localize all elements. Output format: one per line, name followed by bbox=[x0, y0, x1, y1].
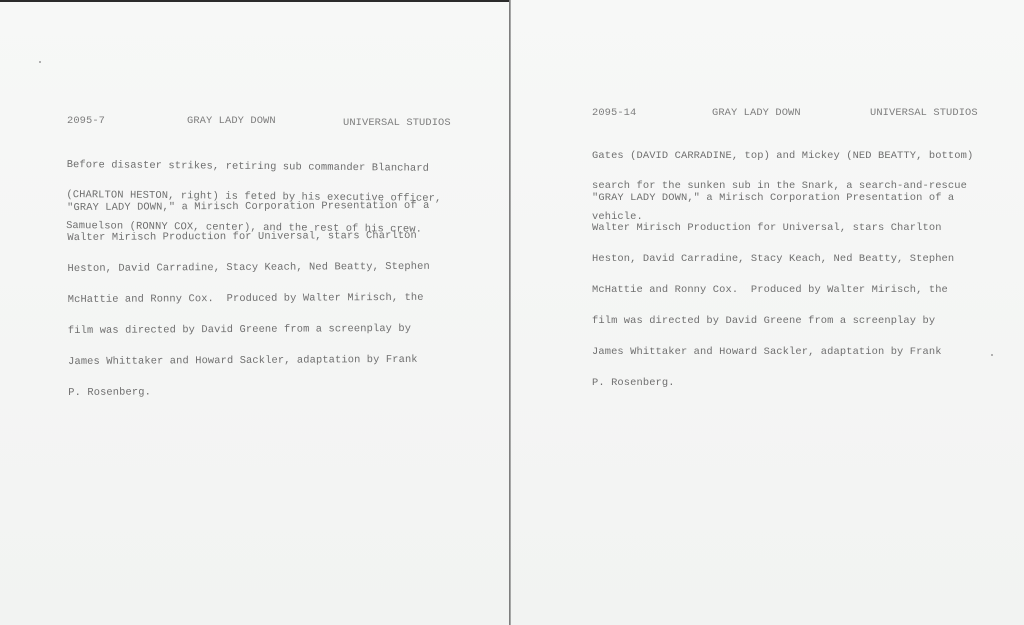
right-caption-sheet: 2095-14 GRAY LADY DOWN UNIVERSAL STUDIOS… bbox=[511, 0, 1024, 625]
film-title: GRAY LADY DOWN bbox=[187, 115, 276, 127]
right-credits-paragraph: "GRAY LADY DOWN," a Mirisch Corporation … bbox=[592, 172, 954, 409]
credits-line: film was directed by David Greene from a… bbox=[592, 316, 954, 326]
credits-line: Heston, David Carradine, Stacy Keach, Ne… bbox=[68, 262, 430, 275]
credits-line: Heston, David Carradine, Stacy Keach, Ne… bbox=[592, 254, 954, 264]
studio-name: UNIVERSAL STUDIOS bbox=[343, 117, 451, 129]
caption-line: Before disaster strikes, retiring sub co… bbox=[67, 160, 442, 174]
credits-line: Walter Mirisch Production for Universal,… bbox=[592, 223, 954, 233]
credits-line: Walter Mirisch Production for Universal,… bbox=[67, 231, 429, 244]
still-number: 2095-14 bbox=[592, 107, 636, 119]
credits-line: "GRAY LADY DOWN," a Mirisch Corporation … bbox=[592, 193, 954, 203]
credits-line: James Whittaker and Howard Sackler, adap… bbox=[68, 355, 430, 368]
credits-line: P. Rosenberg. bbox=[592, 378, 954, 388]
paper-speck bbox=[991, 354, 993, 356]
left-caption-sheet: 2095-7 GRAY LADY DOWN UNIVERSAL STUDIOS … bbox=[0, 0, 509, 625]
left-credits-paragraph: "GRAY LADY DOWN," a Mirisch Corporation … bbox=[67, 180, 431, 419]
credits-line: McHattie and Ronny Cox. Produced by Walt… bbox=[592, 285, 954, 295]
film-title: GRAY LADY DOWN bbox=[712, 107, 801, 119]
credits-line: James Whittaker and Howard Sackler, adap… bbox=[592, 347, 954, 357]
credits-line: P. Rosenberg. bbox=[68, 386, 430, 399]
paper-speck bbox=[39, 61, 41, 63]
credits-line: McHattie and Ronny Cox. Produced by Walt… bbox=[68, 293, 430, 306]
still-number: 2095-7 bbox=[67, 115, 105, 127]
scanned-document: 2095-7 GRAY LADY DOWN UNIVERSAL STUDIOS … bbox=[0, 0, 1024, 625]
credits-line: film was directed by David Greene from a… bbox=[68, 324, 430, 337]
caption-line: Gates (DAVID CARRADINE, top) and Mickey … bbox=[592, 151, 973, 161]
credits-line: "GRAY LADY DOWN," a Mirisch Corporation … bbox=[67, 200, 429, 213]
studio-name: UNIVERSAL STUDIOS bbox=[870, 107, 978, 119]
